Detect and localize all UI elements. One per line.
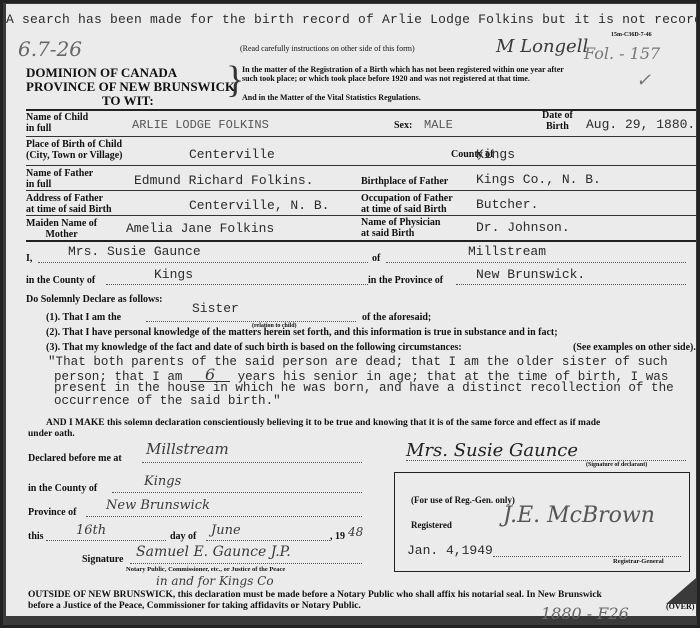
attest-year: 48 [348,525,363,539]
oath-line-2: under oath. [28,429,75,440]
attest-province-value: New Brunswick [106,498,210,513]
county-value: Kings [476,147,515,162]
sex-value: MALE [424,118,453,132]
dotted-line [130,563,362,564]
jurisdiction-line-1: DOMINION OF CANADA [26,66,177,80]
registered-date: Jan. 4,1949 [407,543,493,558]
mother-label: Maiden Name of Mother [26,218,97,240]
attest-county-value: Kings [144,474,181,489]
year-prefix: , 19 [330,531,345,542]
declarant-place: Millstream [468,244,546,259]
item3: (3). That my knowledge of the fact and d… [46,342,462,353]
archive-number: 1880 - F26 [541,604,629,623]
father-occupation-value: Butcher. [476,197,538,212]
declared-at-value: Millstream [146,440,229,458]
statement-line-1: "That both parents of the said person ar… [48,356,668,369]
dotted-line [386,262,686,263]
father-address-label: Address of Father at time of said Birth [26,193,112,215]
item3-hint: (See examples on other side). [573,342,696,353]
attest-county-label: in the County of [28,483,97,494]
dob-label: Date of Birth [542,110,573,132]
day-of-label: day of [170,531,196,542]
declared-before-label: Declared before me at [28,453,122,464]
declarant-signature-hint: (Signature of declarant) [586,462,647,468]
registered-label: Registered [411,520,452,531]
father-name-label: Name of Father in full [26,168,93,190]
divider [26,109,696,111]
jurisdiction-line-3: TO WIT: [102,94,154,108]
footer-line-2: before a Justice of the Peace, Commissio… [28,601,361,612]
birth-declaration-form: A search has been made for the birth rec… [6,4,696,616]
physician-value: Dr. Johnson. [476,220,570,235]
declarant-county: Kings [154,267,193,282]
this-label: this [28,531,44,542]
divider [26,240,696,242]
dob-value: Aug. 29, 1880. [586,117,695,132]
form-code: 15m-C36D-7-46 [611,32,652,38]
birthplace-value: Centerville [189,147,275,162]
dotted-line [493,556,681,557]
father-birthplace-label: Birthplace of Father [361,176,448,187]
father-occupation-label: Occupation of Father at time of said Bir… [361,193,453,215]
dotted-line [38,262,368,263]
row-divider [26,136,696,137]
father-name-value: Edmund Richard Folkins. [134,173,313,188]
of-label: of [372,253,380,264]
dotted-line [106,284,368,285]
dotted-line [86,516,362,517]
declarant-name: Mrs. Susie Gaunce [68,244,201,259]
declarant-signature: Mrs. Susie Gaunce [406,440,578,461]
dotted-line [146,321,356,322]
attest-day: 16th [76,523,106,538]
row-divider [26,190,696,191]
dotted-line [142,462,362,463]
registrar-box-title: (For use of Reg.-Gen. only) [411,495,515,506]
instruction-note: (Read carefully instructions on other si… [240,44,415,53]
physician-label: Name of Physician at said Birth [361,217,440,239]
matter-line-1: In the matter of the Registration of a B… [242,65,564,74]
statement-line-4: occurrence of the said birth." [54,395,281,408]
registrar-box: (For use of Reg.-Gen. only) Registered J… [394,472,690,572]
dotted-line [456,284,686,285]
i-label: I, [26,253,32,264]
sex-label: Sex: [394,120,412,131]
item2: (2). That I have personal knowledge of t… [46,327,558,338]
county-label: in the County of [26,275,95,286]
jurisdiction-line-2: PROVINCE OF NEW BRUNSWICK [26,80,235,94]
signature-label: Signature [82,554,124,565]
footer-line-1: OUTSIDE OF NEW BRUNSWICK, this declarati… [28,590,602,601]
registrar-signature: J.E. McBrown [503,503,655,528]
checkmark-icon: ✓ [636,70,651,91]
row-divider [26,165,696,166]
birthplace-label: Place of Birth of Child (City, Town or V… [26,139,123,161]
search-notice: A search has been made for the birth rec… [6,12,700,27]
attest-month: June [211,523,241,538]
mother-value: Amelia Jane Folkins [126,221,274,236]
dotted-line [406,460,686,461]
declarant-province: New Brunswick. [476,267,585,282]
solemnly-declare: Do Solemnly Declare as follows: [26,294,162,305]
matter-line-3: And in the Matter of the Vital Statistic… [242,93,421,102]
child-name-label: Name of Child in full [26,112,88,134]
relation-value: Sister [192,301,239,316]
dotted-line [206,540,330,541]
signature-hint: Notary Public, Commissioner, etc., or Ju… [126,566,285,573]
row-divider [26,215,696,216]
province-label: in the Province of [368,275,443,286]
dotted-line [112,492,362,493]
father-address-value: Centerville, N. B. [189,198,329,213]
signature-note: in and for Kings Co [156,574,274,588]
dotted-line [46,540,166,541]
jp-signature: Samuel E. Gaunce J.P. [136,544,291,560]
child-name-value: ARLIE LODGE FOLKINS [132,118,269,132]
father-birthplace-value: Kings Co., N. B. [476,172,601,187]
oath-line-1: AND I MAKE this solemn declaration consc… [46,418,600,429]
matter-line-2: such took place; or which took place bef… [242,74,530,83]
file-number: 6.7-26 [18,37,82,61]
clerk-initials: M Longell [496,36,588,57]
attest-province-label: Province of [28,507,76,518]
item1-suffix: of the aforesaid; [362,312,431,323]
folio-number: Fol. - 157 [584,44,660,63]
registrar-label: Registrar-General [613,558,664,565]
item1-label: (1). That I am the [46,312,121,323]
